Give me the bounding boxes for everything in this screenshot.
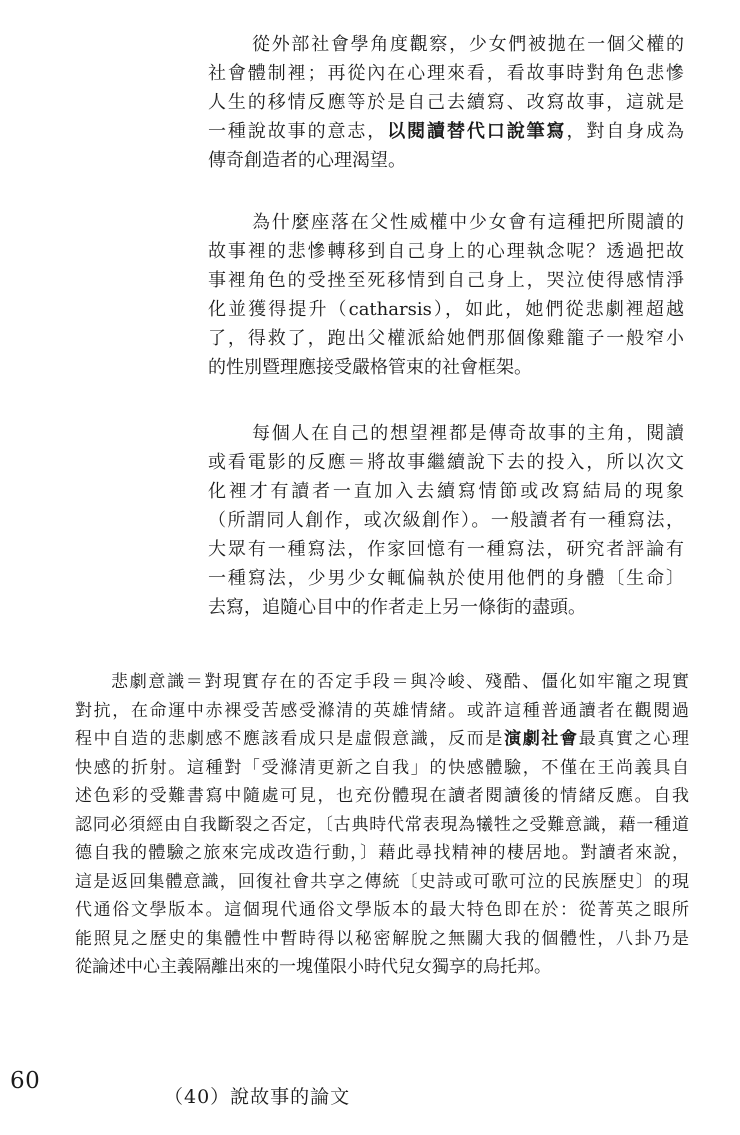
text-line: 一種說故事的意志，以閱讀替代口說筆寫，對自身成為 bbox=[208, 117, 684, 146]
text-line: 對抗，在命運中赤裸受苦感受滌清的英雄情緒。或許這種普通讀者在觀閱過 bbox=[75, 697, 689, 726]
paragraph-1: 從外部社會學角度觀察，少女們被拋在一個父權的 社會體制裡；再從內在心理來看，看故… bbox=[208, 30, 684, 175]
text-segment: 程中自造的悲劇感不應該看成只是虛假意識，反而是 bbox=[75, 729, 504, 749]
text-line: 為什麼座落在父性威權中少女會有這種把所閱讀的 bbox=[208, 208, 684, 237]
text-line: 快感的折射。這種對「受滌清更新之自我」的快感體驗，不僅在王尚義具自 bbox=[75, 754, 689, 783]
main-body-block: 悲劇意識＝對現實存在的否定手段＝與冷峻、殘酷、僵化如牢寵之現實 對抗，在命運中赤… bbox=[75, 668, 689, 982]
text-line: 大眾有一種寫法，作家回憶有一種寫法，研究者評論有 bbox=[208, 535, 684, 564]
text-line: 人生的移情反應等於是自己去續寫、改寫故事，這就是 bbox=[208, 88, 684, 117]
text-segment: ，對自身成為 bbox=[566, 121, 684, 142]
text-line: 代通俗文學版本。這個現代通俗文學版本的最大特色即在於：從菁英之眼所 bbox=[75, 896, 689, 925]
text-segment: 一種說故事的意志， bbox=[208, 121, 387, 142]
text-line: 從外部社會學角度觀察，少女們被拋在一個父權的 bbox=[208, 30, 684, 59]
text-line: 或看電影的反應＝將故事繼續說下去的投入，所以次文 bbox=[208, 448, 684, 477]
paragraph-4: 悲劇意識＝對現實存在的否定手段＝與冷峻、殘酷、僵化如牢寵之現實 對抗，在命運中赤… bbox=[75, 668, 689, 982]
text-line: 化裡才有讀者一直加入去續寫情節或改寫結局的現象 bbox=[208, 477, 684, 506]
text-line: 能照見之歷史的集體性中暫時得以秘密解脫之無關大我的個體性，八卦乃是 bbox=[75, 925, 689, 954]
indented-quote-block: 從外部社會學角度觀察，少女們被拋在一個父權的 社會體制裡；再從內在心理來看，看故… bbox=[208, 30, 684, 622]
text-line: 去寫，追隨心目中的作者走上另一條街的盡頭。 bbox=[208, 593, 684, 622]
text-line: 從論述中心主義隔離出來的一塊僅限小時代兒女獨享的烏托邦。 bbox=[75, 953, 689, 982]
text-line: 社會體制裡；再從內在心理來看，看故事時對角色悲慘 bbox=[208, 59, 684, 88]
text-line: 了，得救了，跑出父權派給她們那個像雞籠子一般窄小 bbox=[208, 324, 684, 353]
text-line: 德自我的體驗之旅來完成改造行動，〕藉此尋找精神的棲居地。對讀者來說， bbox=[75, 839, 689, 868]
text-line: 每個人在自己的想望裡都是傳奇故事的主角，閱讀 bbox=[208, 419, 684, 448]
text-line: 認同必須經由自我斷裂之否定，〔古典時代常表現為犧牲之受難意識，藉一種道 bbox=[75, 811, 689, 840]
paragraph-3: 每個人在自己的想望裡都是傳奇故事的主角，閱讀 或看電影的反應＝將故事繼續說下去的… bbox=[208, 419, 684, 622]
text-line: 悲劇意識＝對現實存在的否定手段＝與冷峻、殘酷、僵化如牢寵之現實 bbox=[75, 668, 689, 697]
text-line: 化並獲得提升（catharsis），如此，她們從悲劇裡超越 bbox=[208, 295, 684, 324]
emphasized-text: 演劇社會 bbox=[504, 729, 579, 749]
text-line: 事裡角色的受挫至死移情到自己身上，哭泣使得感情淨 bbox=[208, 266, 684, 295]
text-line: 故事裡的悲慘轉移到自己身上的心理執念呢？透過把故 bbox=[208, 237, 684, 266]
text-line: 一種寫法，少男少女輒偏執於使用他們的身體〔生命〕 bbox=[208, 564, 684, 593]
text-line: 的性別暨理應接受嚴格管束的社會框架。 bbox=[208, 353, 684, 382]
text-line: 述色彩的受難書寫中隨處可見，也充份體現在讀者閱讀後的情緒反應。自我 bbox=[75, 782, 689, 811]
paragraph-2: 為什麼座落在父性威權中少女會有這種把所閱讀的 故事裡的悲慘轉移到自己身上的心理執… bbox=[208, 208, 684, 382]
text-line: 這是返回集體意識，回復社會共享之傳統〔史詩或可歌可泣的民族歷史〕的現 bbox=[75, 868, 689, 897]
text-line: 程中自造的悲劇感不應該看成只是虛假意識，反而是演劇社會最真實之心理 bbox=[75, 725, 689, 754]
text-segment: 最真實之心理 bbox=[579, 729, 689, 749]
footer-caption: （40）說故事的論文 bbox=[164, 1082, 350, 1109]
emphasized-text: 以閱讀替代口說筆寫 bbox=[387, 121, 566, 142]
text-line: （所謂同人創作，或次級創作）。一般讀者有一種寫法， bbox=[208, 506, 684, 535]
page-number: 60 bbox=[10, 1068, 40, 1094]
text-line: 傳奇創造者的心理渴望。 bbox=[208, 146, 684, 175]
